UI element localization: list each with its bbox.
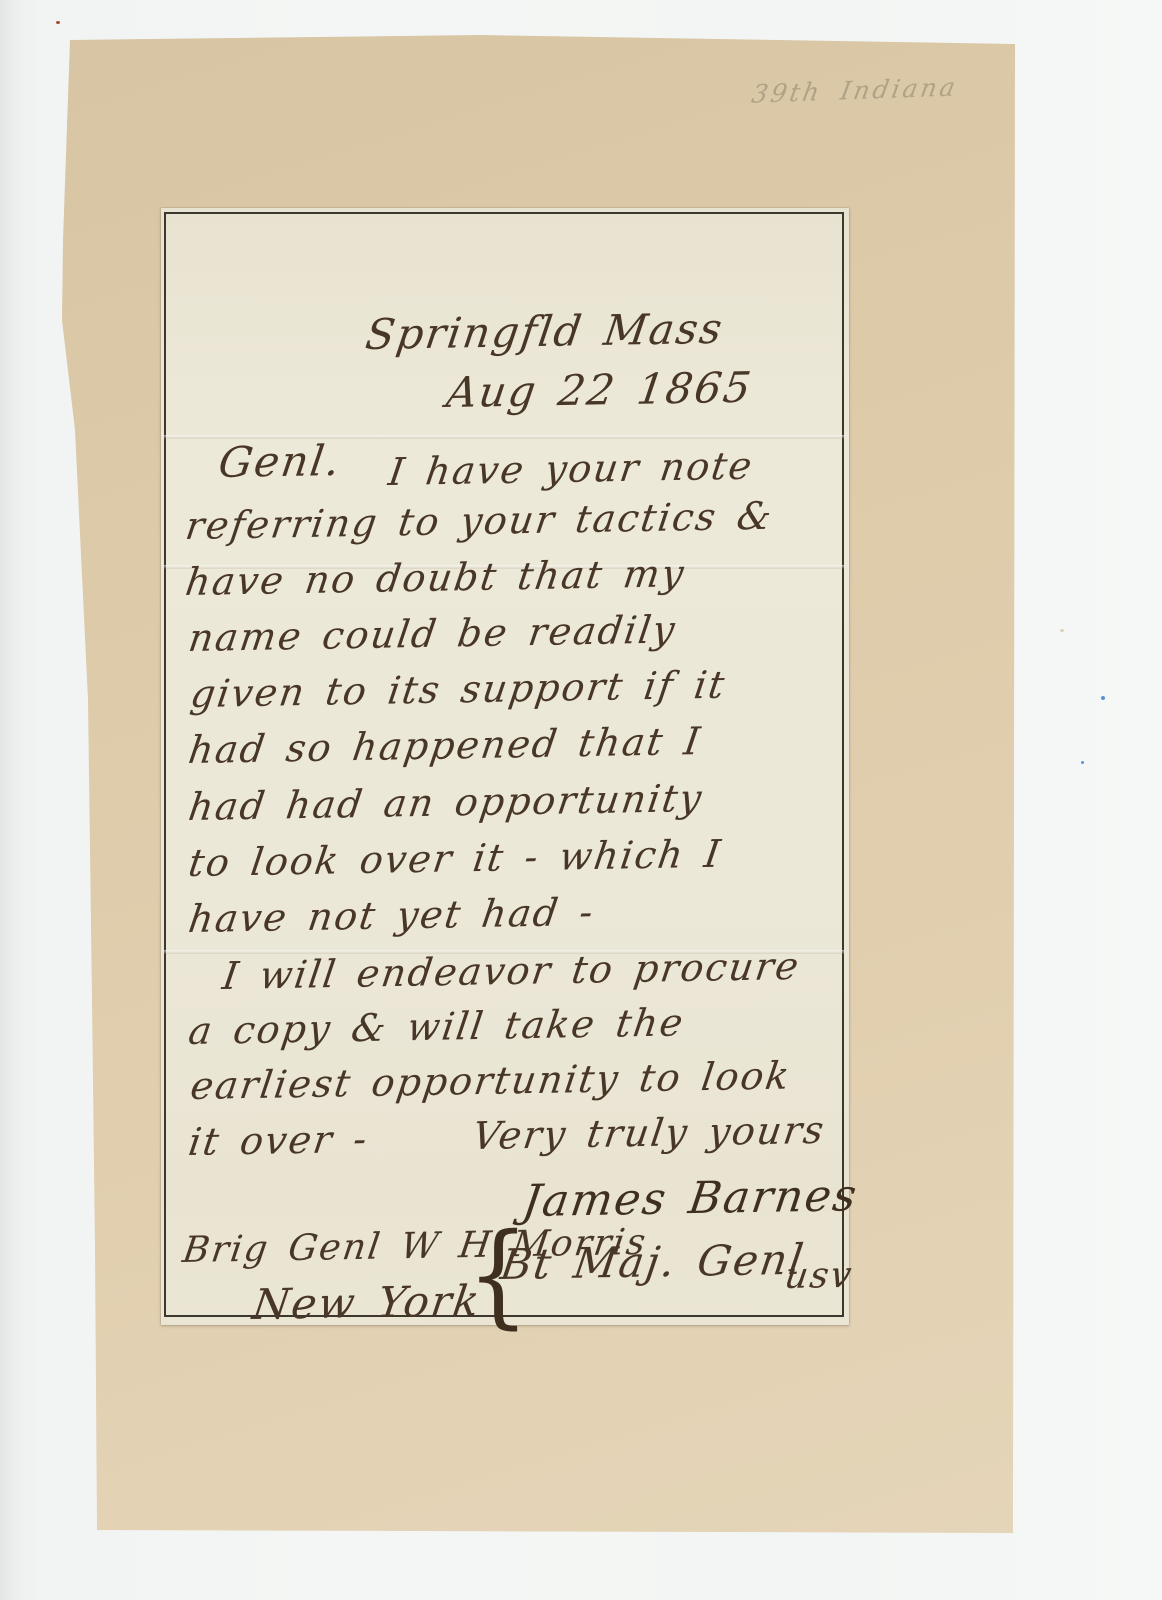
salutation: Genl. [216, 436, 345, 487]
signature-rank: Bt Maj. Genl [498, 1235, 809, 1289]
body-line: name could be readily [186, 607, 679, 660]
recipient-city: New York [250, 1276, 485, 1329]
body-line: had so happened that I [186, 719, 705, 772]
body-line: to look over it - which I [186, 832, 725, 885]
scan-speck [1081, 761, 1084, 764]
signature-name: James Barnes [519, 1170, 861, 1227]
scan-speck [1060, 629, 1064, 632]
body-line: had had an opportunity [186, 776, 706, 829]
signature-suffix: usv [782, 1255, 856, 1297]
scan-speck [1101, 696, 1105, 700]
scanned-letter-page: 39th Indiana Springfld Mass Aug 22 1865 … [0, 0, 1162, 1600]
body-line: it over - [186, 1117, 372, 1164]
body-line: earliest opportunity to look [188, 1053, 794, 1108]
body-line: have not yet had - [186, 890, 598, 941]
body-line: referring to your tactics & [183, 494, 776, 548]
opening-line: I have your note [386, 444, 757, 494]
mat-board: 39th Indiana Springfld Mass Aug 22 1865 … [0, 0, 1162, 1600]
dateline-place: Springfld Mass [363, 304, 727, 359]
body-line: a copy & will take the [186, 1000, 688, 1053]
dateline-date: Aug 22 1865 [444, 363, 756, 417]
body-line: I will endeavor to procure [220, 944, 803, 998]
scan-speck [56, 21, 60, 24]
body-line: given to its support if it [188, 663, 729, 716]
body-line: have no doubt that my [183, 551, 688, 604]
closing-line: Very truly yours [470, 1108, 828, 1158]
letter-paper: Springfld Mass Aug 22 1865 Genl. I have … [161, 208, 849, 1325]
